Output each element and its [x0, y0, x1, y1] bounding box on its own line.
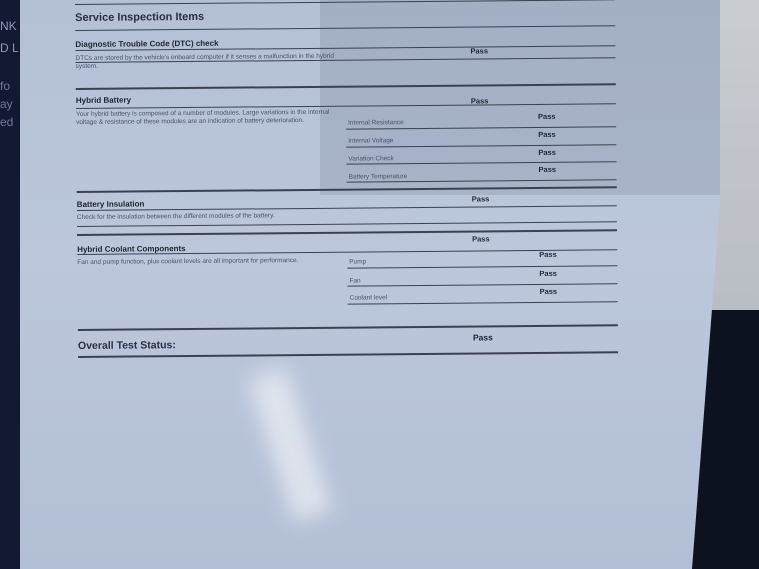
item-title: Hybrid Battery: [76, 96, 131, 105]
overall-label: Overall Test Status:: [78, 339, 176, 352]
check-label: Pump: [349, 258, 366, 265]
background-text: ay: [0, 98, 13, 110]
background-text: D L: [0, 42, 19, 54]
check-label: Internal Voltage: [348, 137, 393, 144]
background-text: fo: [0, 80, 10, 92]
item-status: Pass: [472, 194, 490, 203]
section-title: Service Inspection Items: [75, 11, 204, 24]
check-label: Internal Resistance: [348, 119, 404, 126]
check-label: Coolant level: [350, 294, 388, 301]
check-status: Pass: [538, 112, 556, 121]
background-text: ed: [0, 116, 13, 128]
overall-status: Pass: [473, 332, 493, 342]
check-status: Pass: [540, 287, 558, 296]
check-status: Pass: [538, 165, 556, 174]
background-screen: NK D L fo ay ed: [0, 0, 22, 569]
check-status: Pass: [539, 269, 557, 278]
item-title: Diagnostic Trouble Code (DTC) check: [75, 39, 218, 49]
check-label: Fan: [349, 278, 360, 285]
item-status: Pass: [472, 234, 490, 243]
check-status: Pass: [538, 148, 556, 157]
light-glare: [248, 367, 332, 522]
check-status: Pass: [539, 250, 557, 259]
check-label: Battery Temperature: [349, 173, 408, 181]
shadow: [320, 0, 740, 195]
background-text: NK: [0, 20, 17, 32]
item-description: Your hybrid battery is composed of a num…: [76, 109, 341, 127]
item-title: Battery Insulation: [77, 199, 145, 209]
item-status: Pass: [470, 46, 488, 55]
item-description: DTCs are stored by the vehicle's onboard…: [75, 53, 345, 71]
check-label: Variation Check: [348, 155, 393, 162]
check-status: Pass: [538, 130, 556, 139]
